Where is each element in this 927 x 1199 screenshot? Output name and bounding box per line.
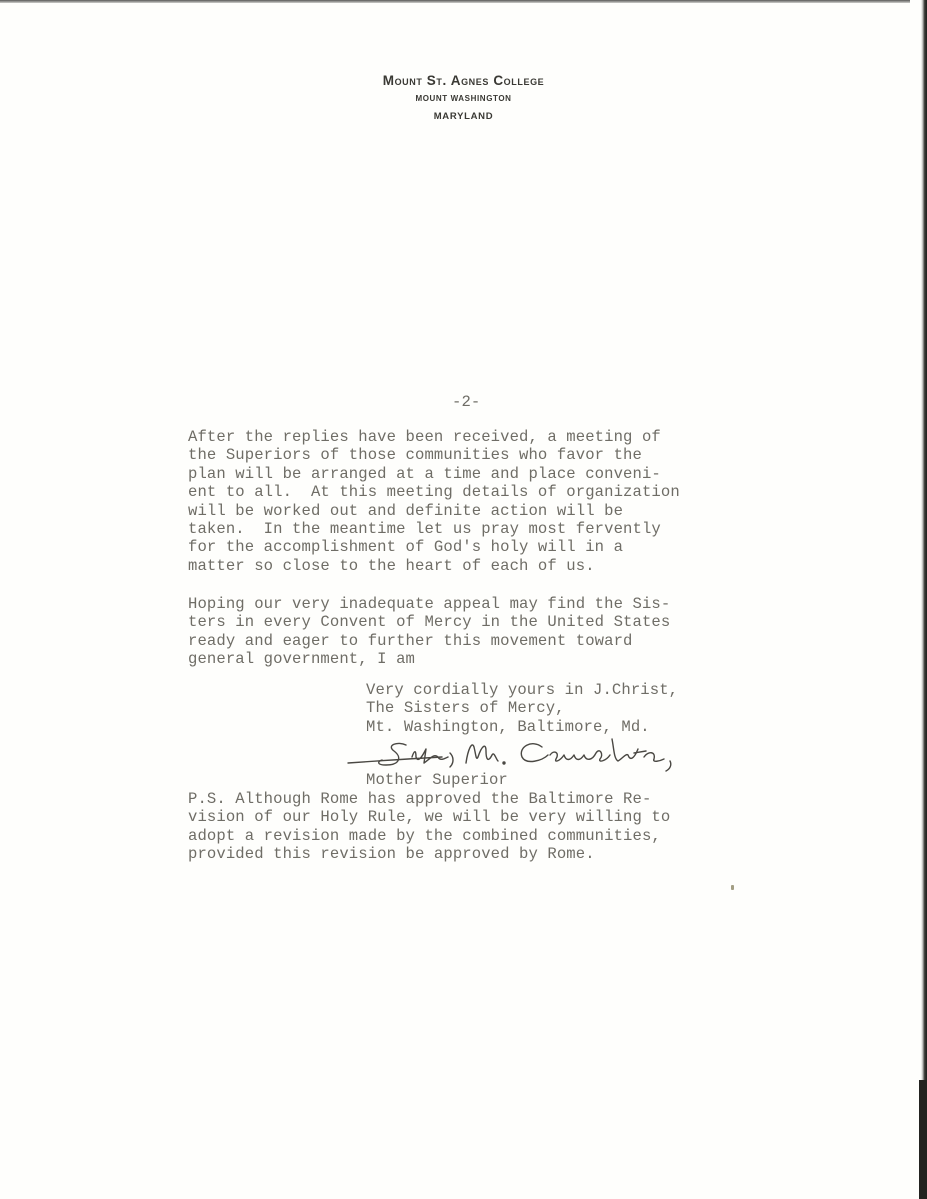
page-number: -2-	[452, 393, 480, 411]
letter-page: Mount St. Agnes College MOUNT WASHINGTON…	[0, 0, 927, 1199]
scan-edge-right	[921, 0, 927, 1199]
postscript: P.S. Although Rome has approved the Balt…	[188, 790, 670, 864]
body-paragraph-1: After the replies have been received, a …	[188, 428, 680, 575]
scan-edge-right-shadow	[919, 1080, 927, 1199]
paper-speck	[731, 885, 734, 890]
body-paragraph-2: Hoping our very inadequate appeal may fi…	[188, 595, 670, 669]
handwritten-signature: Sister M. Carmelita,	[346, 735, 746, 775]
scan-edge-top	[0, 0, 910, 3]
letterhead-location: MOUNT WASHINGTON	[0, 92, 927, 106]
signatory-title: Mother Superior	[366, 771, 508, 789]
letterhead: Mount St. Agnes College MOUNT WASHINGTON…	[0, 70, 927, 127]
letterhead-state: MARYLAND	[0, 107, 927, 127]
letterhead-institution: Mount St. Agnes College	[0, 70, 927, 92]
closing-block: Very cordially yours in J.Christ, The Si…	[366, 681, 678, 736]
